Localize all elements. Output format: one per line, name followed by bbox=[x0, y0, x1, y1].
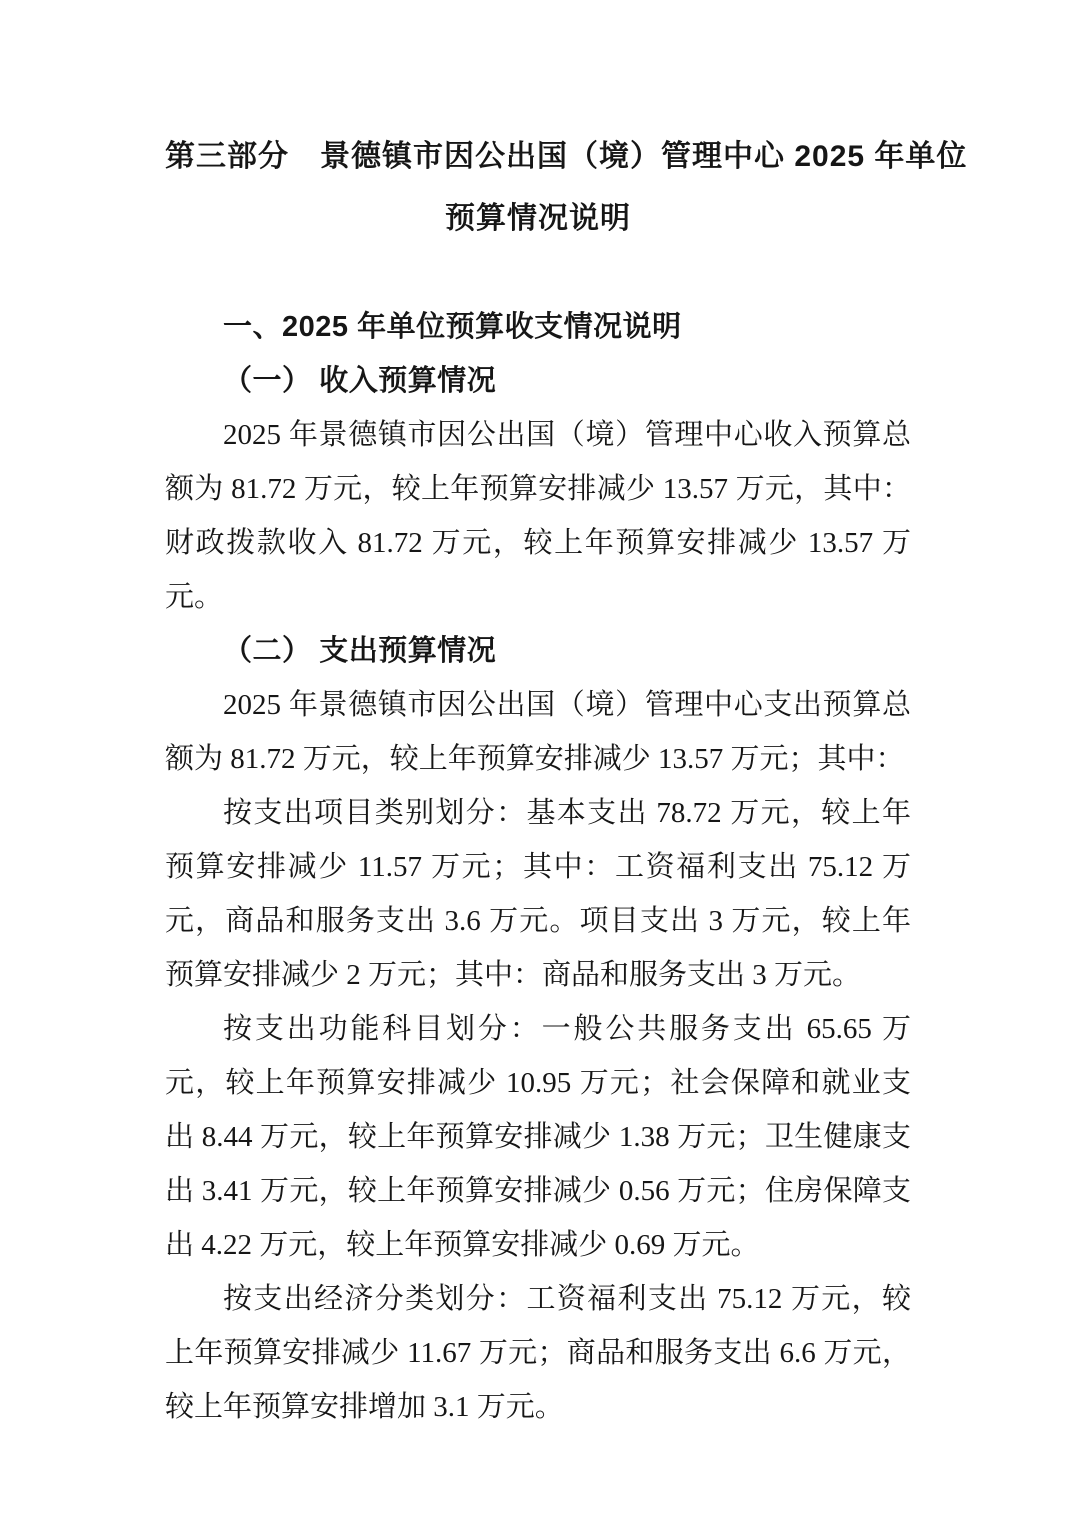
document-title-line-1: 第三部分 景德镇市因公出国（境）管理中心 2025 年单位 bbox=[165, 126, 911, 188]
section-1-heading: 一、2025 年单位预算收支情况说明 bbox=[165, 300, 911, 354]
document-title: 第三部分 景德镇市因公出国（境）管理中心 2025 年单位 预算情况说明 bbox=[165, 126, 911, 250]
expenditure-budget-heading: （二） 支出预算情况 bbox=[165, 624, 911, 678]
expenditure-by-project-paragraph: 按支出项目类别划分：基本支出 78.72 万元，较上年预算安排减少 11.57 … bbox=[165, 786, 911, 1002]
income-budget-paragraph: 2025 年景德镇市因公出国（境）管理中心收入预算总额为 81.72 万元，较上… bbox=[165, 408, 911, 624]
expenditure-total-paragraph: 2025 年景德镇市因公出国（境）管理中心支出预算总额为 81.72 万元，较上… bbox=[165, 678, 911, 786]
income-budget-heading: （一） 收入预算情况 bbox=[165, 354, 911, 408]
expenditure-by-function-paragraph: 按支出功能科目划分：一般公共服务支出 65.65 万元，较上年预算安排减少 10… bbox=[165, 1002, 911, 1272]
document-title-line-2: 预算情况说明 bbox=[165, 188, 911, 250]
document-page: 第三部分 景德镇市因公出国（境）管理中心 2025 年单位 预算情况说明 一、2… bbox=[0, 0, 1074, 1520]
expenditure-by-economic-paragraph: 按支出经济分类划分：工资福利支出 75.12 万元，较上年预算安排减少 11.6… bbox=[165, 1272, 911, 1434]
